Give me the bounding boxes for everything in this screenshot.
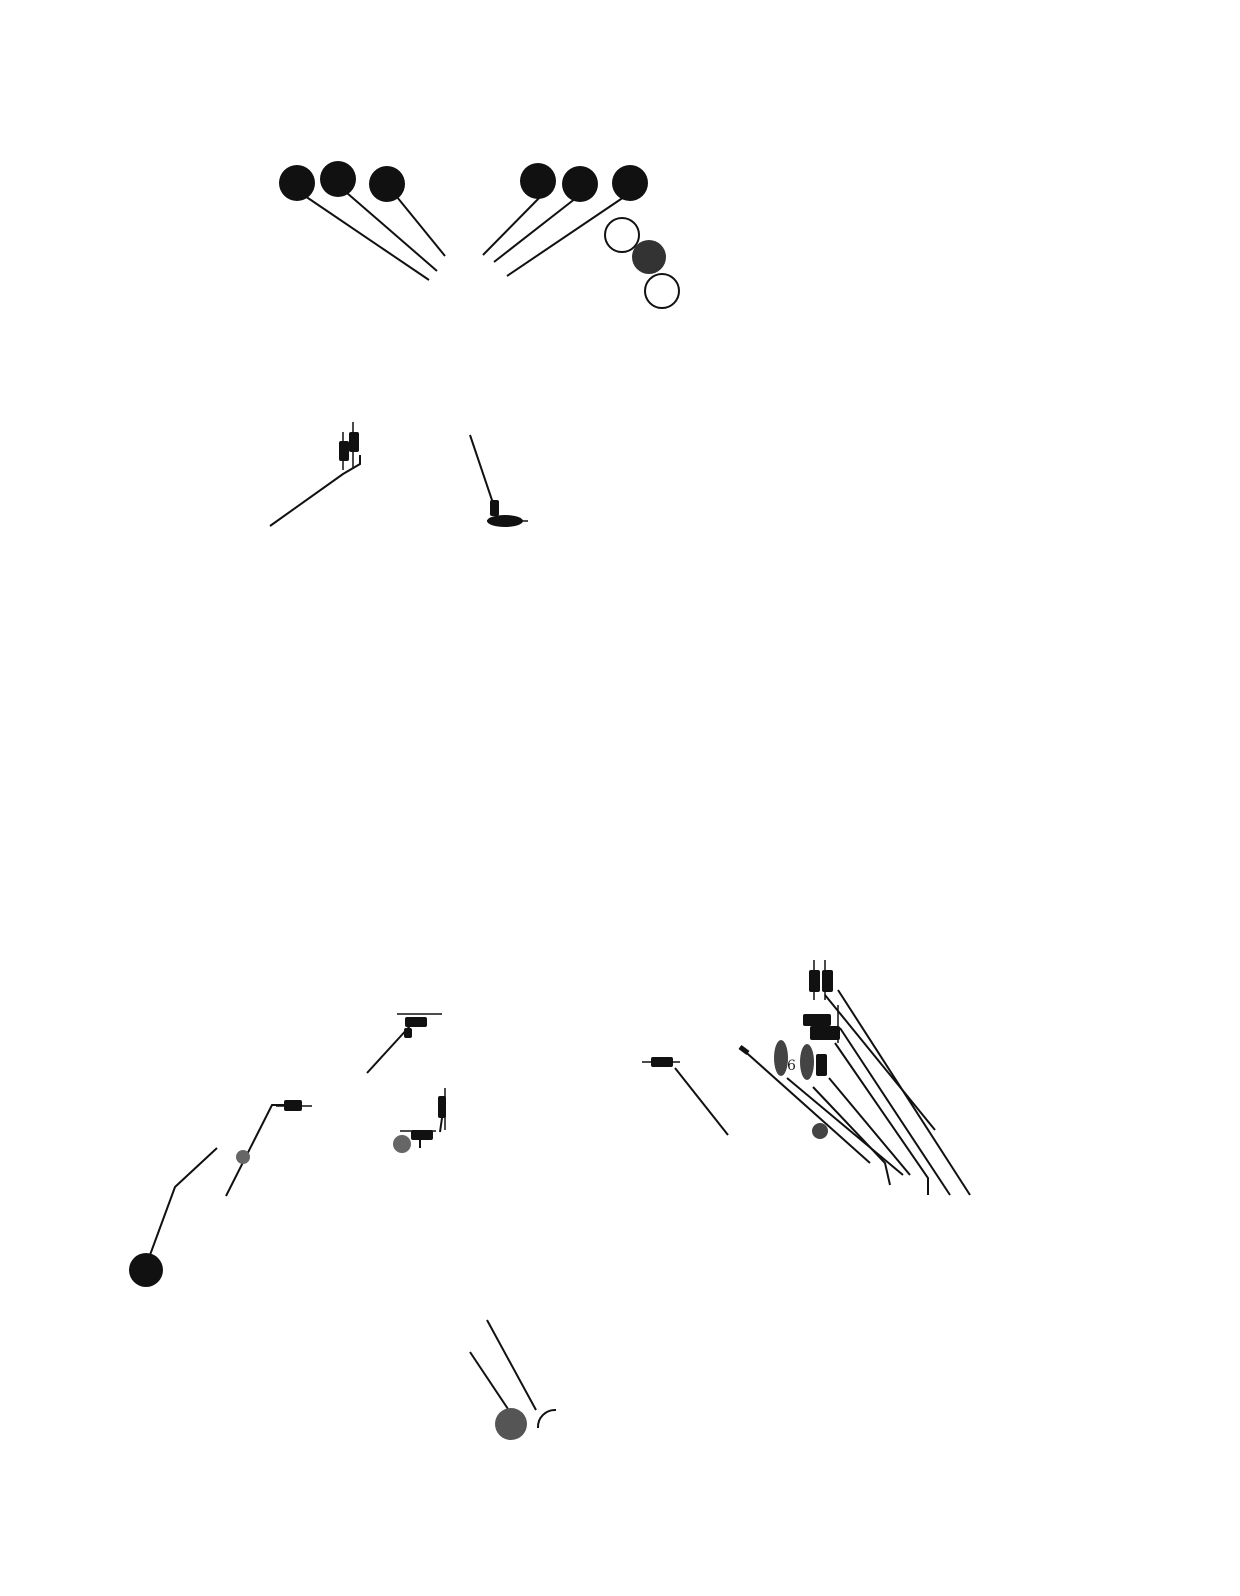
- filled-balloon: [632, 240, 666, 274]
- component-body: [651, 1057, 673, 1067]
- leader-line: [483, 195, 542, 255]
- open-balloon: [605, 218, 639, 252]
- leader-line: [226, 1105, 292, 1196]
- leader-line: [470, 1352, 510, 1412]
- component-body: [822, 970, 833, 992]
- component-body: [284, 1100, 302, 1111]
- leader-line: [270, 455, 360, 526]
- component-body: [339, 441, 349, 461]
- component-body: [809, 970, 820, 992]
- leader-line: [347, 193, 437, 271]
- leader-lines: [150, 193, 970, 1412]
- leader-line: [440, 1118, 442, 1132]
- filled-balloon: [520, 163, 556, 199]
- filled-balloon: [393, 1135, 411, 1153]
- filled-balloon: [612, 165, 648, 201]
- open-balloon-arc: [538, 1410, 556, 1428]
- callout-balloons: [129, 161, 828, 1440]
- leader-line: [305, 196, 429, 280]
- filled-balloon: [236, 1150, 250, 1164]
- filled-balloon: [562, 166, 598, 202]
- filled-balloon: [129, 1253, 163, 1287]
- leader-line: [367, 1026, 410, 1073]
- leader-line: [838, 990, 970, 1195]
- leader-line: [397, 197, 445, 256]
- leader-line: [150, 1148, 217, 1255]
- filled-balloon: [369, 166, 405, 202]
- component-body: [349, 432, 359, 452]
- capacitor: [774, 1040, 788, 1076]
- component-body: [411, 1130, 433, 1140]
- leader-line: [675, 1068, 728, 1135]
- capacitor: [800, 1044, 814, 1080]
- filled-balloon: [495, 1408, 527, 1440]
- probe-base: [487, 515, 523, 527]
- leader-line: [787, 1078, 903, 1175]
- open-balloon: [645, 274, 679, 308]
- filled-balloon: [279, 165, 315, 201]
- leader-line: [487, 1320, 536, 1410]
- component-body: [810, 1026, 840, 1040]
- component-body: [405, 1017, 427, 1027]
- component-body: [816, 1054, 827, 1076]
- component-body: [438, 1096, 446, 1118]
- component-body: [490, 500, 499, 516]
- component-glyphs: [284, 432, 840, 1140]
- filled-balloon: [320, 161, 356, 197]
- filled-balloon: [812, 1123, 828, 1139]
- component-body: [803, 1014, 831, 1026]
- leader-line: [740, 1047, 748, 1053]
- schematic-drawing: [0, 0, 1240, 1596]
- callout-label: 6: [787, 1058, 796, 1074]
- component-body: [404, 1028, 412, 1038]
- leader-line: [507, 197, 624, 276]
